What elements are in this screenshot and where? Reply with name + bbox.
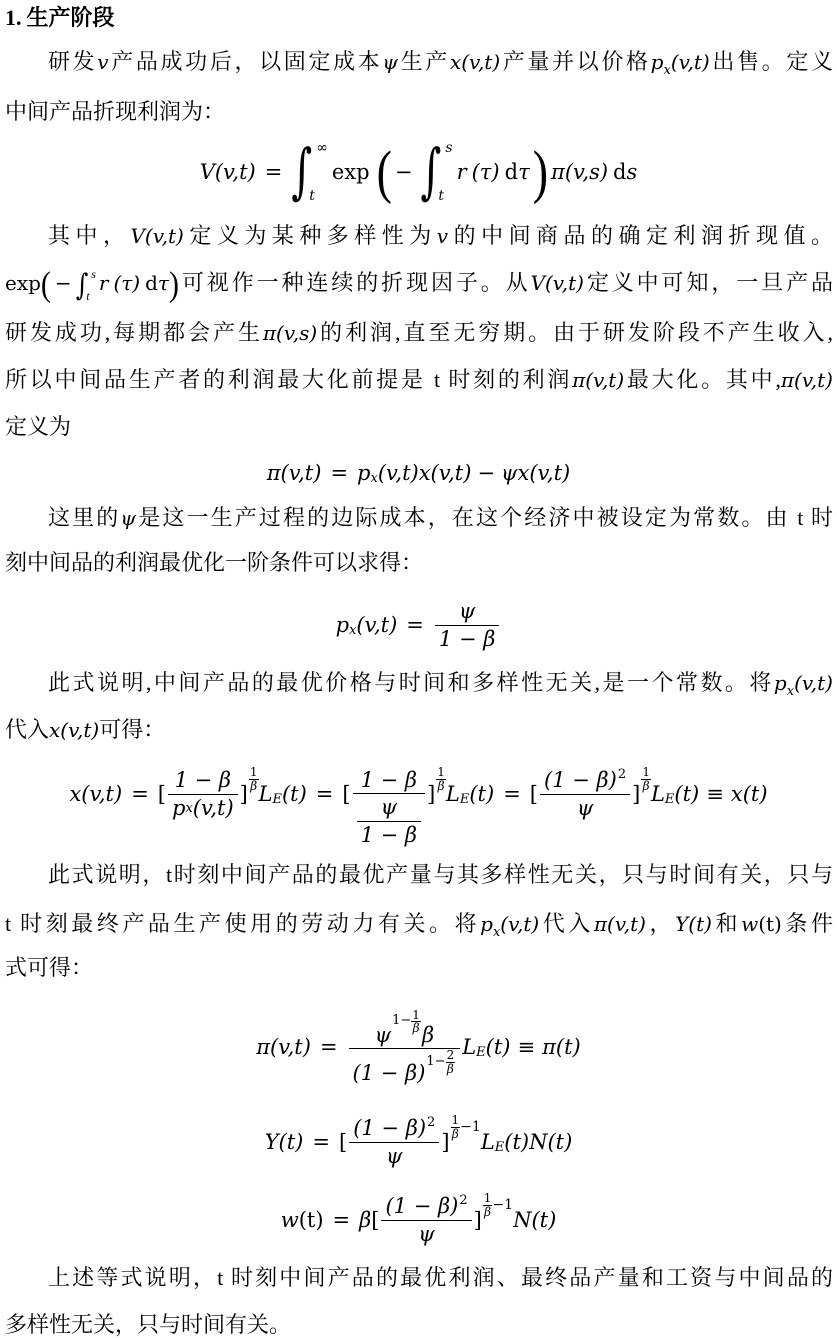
- denominator: ψ: [349, 1143, 439, 1168]
- bracket-exponent-group: ]1β: [427, 781, 446, 807]
- math-args: (t): [486, 1035, 511, 1059]
- numerator-text: (1 − β): [544, 768, 617, 792]
- paragraph-line: t 时刻最终产品生产使用的劳动力有关。将px(v,t)代入π(v,t)，Y(t)…: [5, 908, 833, 940]
- numerator-text: (1 − β): [385, 1194, 458, 1218]
- numerator-text: 1 − β: [361, 768, 417, 792]
- text: 是这一生产过程的边际成本，在这个经济中被设定为常数。由 t 时: [136, 505, 833, 530]
- math-base: (1 − β): [353, 1061, 426, 1085]
- left-paren: (: [41, 268, 51, 303]
- left-bracket: [: [530, 782, 538, 806]
- math-pi-vt: π(v,t): [781, 368, 833, 392]
- text: 式可得：: [5, 955, 93, 980]
- math-L: L: [462, 1035, 476, 1059]
- math-args: (t): [282, 782, 307, 806]
- math-subscript-x: x: [185, 802, 192, 817]
- section-heading: 1.生产阶段: [5, 3, 115, 33]
- left-bracket: [: [339, 1130, 347, 1154]
- text: 条件: [782, 911, 833, 936]
- exp-numerator: 1: [249, 766, 259, 780]
- math-N-t: N(t): [513, 1208, 556, 1232]
- math-psi: ψ: [120, 506, 136, 530]
- math-L: L: [259, 782, 273, 806]
- integral: ∫∞t: [291, 139, 328, 205]
- text: 这里的: [48, 505, 120, 530]
- bracket-exponent-group: ]1β: [240, 781, 259, 807]
- exp-denominator: β: [447, 1063, 454, 1076]
- math-x-vt: x(v,t): [419, 461, 472, 485]
- math-r: r: [457, 160, 467, 184]
- math-args: (t): [504, 1130, 529, 1154]
- math-V-vt: V(v,t): [130, 224, 183, 248]
- exp-denominator: β: [452, 1128, 459, 1141]
- math-args: (t): [674, 782, 699, 806]
- superscript: 2: [459, 1194, 467, 1209]
- math-pi-vs: π(v,s): [263, 321, 317, 345]
- bracket-exponent-group: ]1β−1: [474, 1207, 513, 1233]
- upper-limit: s: [91, 268, 96, 280]
- right-bracket: ]: [441, 1130, 449, 1154]
- math-subscript-x: x: [371, 472, 378, 487]
- exp-numerator: 1: [483, 1192, 493, 1206]
- math-rhs: π(t): [542, 1035, 581, 1059]
- exp-numerator: 2: [446, 1049, 456, 1063]
- math-args: (v,t): [356, 613, 397, 637]
- math-args: (v,t): [378, 461, 419, 485]
- small-fraction: 1β: [483, 1192, 493, 1218]
- exp-denominator: β: [643, 780, 650, 793]
- equals-sign: =: [503, 782, 521, 806]
- fraction: (1 − β)2ψ: [349, 1116, 439, 1167]
- math-V-vt: V(v,t): [531, 271, 584, 295]
- paragraph-line: 定义为: [5, 411, 833, 443]
- text: 的利润,直至无穷期。由于研发阶段不产生收入,: [317, 320, 833, 345]
- math-pi-vt: π(v,t): [572, 368, 624, 392]
- equation-profit: π(v,t) = px(v,t) x(v,t) − ψ x(v,t): [0, 457, 837, 489]
- paragraph-line: 研发成功,每期都会产生π(v,s)的利润,直至无穷期。由于研发阶段不产生收入,: [5, 317, 833, 349]
- right-bracket: ]: [632, 782, 640, 806]
- small-fraction: 1β: [451, 1114, 461, 1140]
- math-p: p: [651, 50, 664, 74]
- math-args: (v,t): [794, 671, 833, 695]
- text: 代入: [539, 911, 594, 936]
- math-beta: β: [422, 1023, 434, 1047]
- minus-sign: −: [477, 461, 495, 485]
- fraction: ψ1 − β: [435, 599, 499, 650]
- math-subscript-E: E: [495, 1141, 505, 1156]
- math-pi-vs: π(v,s): [551, 160, 608, 184]
- integral: ∫st: [421, 139, 453, 205]
- exp-denominator: β: [484, 1206, 491, 1219]
- numerator: (1 − β)2: [381, 1194, 471, 1220]
- denominator: 1 − β: [357, 822, 421, 847]
- fraction: 1 − βpx(v,t): [168, 768, 238, 819]
- superscript: 1−1β: [392, 1009, 421, 1035]
- exponent: 1β: [249, 766, 259, 792]
- math-w: w: [281, 1208, 299, 1232]
- text: 产量并以价格: [500, 49, 651, 74]
- text: 其中，: [48, 223, 130, 248]
- text: 最大化。其中,: [624, 367, 781, 392]
- equals-sign: =: [131, 782, 149, 806]
- paragraph-line: 所以中间品生产者的利润最大化前提是 t 时刻的利润π(v,t)最大化。其中,π(…: [5, 364, 833, 396]
- text: 刻中间品的利润最优化一阶条件可以求得：: [5, 550, 423, 575]
- paragraph-line: 上述等式说明，t 时刻中间产品的最优利润、最终品产量和工资与中间品的: [48, 1262, 833, 1294]
- exp-numerator: 1: [451, 1114, 461, 1128]
- exponent: 1β−1: [451, 1114, 481, 1140]
- math-L: L: [481, 1130, 495, 1154]
- math-exp: exp: [332, 160, 370, 184]
- math-args: (t): [469, 782, 494, 806]
- math-tau-arg: (τ): [113, 271, 140, 295]
- upper-limit: s: [445, 141, 452, 155]
- small-fraction: 1β: [411, 1009, 421, 1035]
- math-L: L: [446, 782, 460, 806]
- text: ，: [646, 911, 675, 936]
- text: 此式说明,中间产品的最优价格与时间和多样性无关,是一个常数。将: [48, 670, 774, 695]
- exponent: 1β: [436, 766, 446, 792]
- small-fraction: 2β: [446, 1049, 456, 1075]
- integral-sign-icon: ∫: [76, 264, 89, 307]
- denominator: (1 − β)1−2β: [349, 1049, 461, 1087]
- math-args: (v,t): [671, 50, 710, 74]
- exp-numerator: 1: [411, 1009, 421, 1023]
- integral-sign-icon: ∫: [421, 123, 442, 222]
- small-fraction: 1β: [436, 766, 446, 792]
- text: 所以中间品生产者的利润最大化前提是 t 时刻的利润: [5, 367, 572, 392]
- equation-wage: w(t) = β [ (1 − β)2ψ ]1β−1 N(t): [0, 1188, 837, 1252]
- numerator: 1 − β: [168, 768, 238, 794]
- paragraph-line: 此式说明，t时刻中间产品的最优产量与其多样性无关，只与时间有关，只与: [48, 859, 833, 891]
- math-d: d: [613, 160, 626, 184]
- inner-fraction: ψ1 − β: [357, 795, 421, 846]
- sup-prefix: 1−: [392, 1014, 411, 1029]
- bracket-exponent-group: ]1β−1: [441, 1129, 480, 1155]
- equivalence-sign: ≡: [706, 782, 724, 806]
- paragraph-line: 刻中间品的利润最优化一阶条件可以求得：: [5, 547, 833, 579]
- math-subscript-E: E: [665, 793, 675, 808]
- paragraph-line: 式可得：: [5, 952, 833, 984]
- math-lhs: π(v,t): [256, 1035, 311, 1059]
- math-exp: exp: [5, 271, 41, 295]
- paragraph-line: 中间产品折现利润为：: [5, 96, 833, 128]
- small-fraction: 1β: [641, 766, 651, 792]
- math-d: d: [145, 271, 158, 295]
- math-N-t: N(t): [529, 1130, 572, 1154]
- math-p: p: [774, 671, 787, 695]
- paragraph-line: 研发v产品成功后，以固定成本ψ生产x(v,t)产量并以价格px(v,t)出售。定…: [48, 46, 833, 78]
- right-paren: ): [533, 129, 548, 215]
- equation-optimal-price: px(v,t) = ψ1 − β: [0, 597, 837, 653]
- text: 的中间商品的确定利润折现值。: [448, 223, 833, 248]
- fraction: ψ1−1ββ (1 − β)1−2β: [349, 1007, 461, 1087]
- exp-numerator: 1: [641, 766, 651, 780]
- text: 和: [712, 911, 741, 936]
- denominator: px(v,t): [168, 795, 238, 820]
- superscript: 2: [427, 1116, 435, 1131]
- text: 可视作一种连续的折现因子。从: [179, 270, 531, 295]
- math-p: p: [172, 796, 185, 820]
- text: 研发: [48, 49, 97, 74]
- math-x-vt: x(v,t): [450, 50, 500, 74]
- exp-denominator: β: [413, 1022, 420, 1035]
- exponent: 1β: [641, 766, 651, 792]
- left-paren: (: [377, 129, 392, 215]
- math-tau-arg: (τ): [472, 160, 500, 184]
- equation-optimal-profit: π(v,t) = ψ1−1ββ (1 − β)1−2β LE(t) ≡ π(t): [0, 997, 837, 1097]
- paragraph-line: 这里的ψ是这一生产过程的边际成本，在这个经济中被设定为常数。由 t 时: [48, 502, 833, 534]
- right-paren: ): [169, 268, 179, 303]
- math-psi: ψ: [501, 461, 517, 485]
- denominator: ψ1 − β: [353, 794, 425, 846]
- math-psi: ψ: [375, 1023, 391, 1047]
- denominator: 1 − β: [435, 626, 499, 651]
- numerator: (1 − β)2: [349, 1116, 439, 1142]
- exponent: 1β−1: [483, 1192, 513, 1218]
- math-p: p: [357, 461, 370, 485]
- exp-denominator: β: [250, 780, 257, 793]
- minus-sign: −: [395, 160, 413, 184]
- section-number: 1.: [5, 5, 22, 30]
- math-psi: ψ: [382, 50, 398, 74]
- numerator-text: 1 − β: [175, 768, 231, 792]
- fraction: (1 − β)2ψ: [540, 768, 630, 819]
- paragraph-line: 此式说明,中间产品的最优价格与时间和多样性无关,是一个常数。将px(v,t): [48, 667, 833, 699]
- math-lhs: Y(t): [265, 1130, 304, 1154]
- math-args: (v,t): [193, 796, 234, 820]
- text: 定义中可知，一旦产品: [584, 270, 833, 295]
- math-x-vt: x(v,t): [518, 461, 571, 485]
- paragraph-line: 其中，V(v,t)定义为某种多样性为v的中间商品的确定利润折现值。: [48, 220, 833, 252]
- equals-sign: =: [333, 1208, 351, 1232]
- left-bracket: [: [371, 1208, 379, 1232]
- math-args: (t): [758, 912, 782, 936]
- text: 多样性无关，只与时间有关。: [5, 1312, 291, 1337]
- math-beta: β: [359, 1208, 371, 1232]
- integral: ∫st: [76, 268, 96, 302]
- text: t 时刻最终产品生产使用的劳动力有关。将: [5, 911, 480, 936]
- math-tau: τ: [518, 160, 530, 184]
- math-subscript-E: E: [476, 1046, 486, 1061]
- text: 产品成功后，以固定成本: [109, 49, 383, 74]
- left-bracket: [: [342, 782, 350, 806]
- right-bracket: ]: [427, 782, 435, 806]
- small-fraction: 1β: [249, 766, 259, 792]
- exp-tail: −1: [492, 1197, 513, 1213]
- text: 出售。定义: [710, 49, 833, 74]
- exp-denominator: β: [438, 780, 445, 793]
- superscript: 1−2β: [426, 1049, 455, 1075]
- math-p: p: [336, 613, 349, 637]
- equals-sign: =: [330, 461, 348, 485]
- compound-fraction: 1 − βψ1 − β: [353, 741, 425, 846]
- math-s: s: [627, 160, 638, 184]
- denominator: ψ: [381, 1221, 471, 1246]
- math-w: w: [741, 912, 758, 936]
- math-L: L: [651, 782, 665, 806]
- math-subscript-x: x: [663, 63, 670, 78]
- numerator-text: (1 − β): [353, 1116, 426, 1140]
- right-bracket: ]: [474, 1208, 482, 1232]
- fraction: (1 − β)2ψ: [381, 1194, 471, 1245]
- equation-optimal-quantity: x(v,t) = [ 1 − βpx(v,t) ]1β LE(t) = [ 1 …: [0, 736, 837, 852]
- section-title: 生产阶段: [27, 5, 115, 30]
- math-subscript-E: E: [272, 793, 282, 808]
- numerator: 1 − β: [353, 741, 425, 794]
- text: 定义为: [5, 414, 71, 439]
- numerator: ψ1−1ββ: [349, 1007, 461, 1049]
- math-d: d: [505, 160, 518, 184]
- math-args: (t): [299, 1208, 324, 1232]
- exp-numerator: 1: [436, 766, 446, 780]
- integral-sign-icon: ∫: [291, 123, 312, 222]
- math-v: v: [97, 50, 108, 74]
- numerator: (1 − β)2: [540, 768, 630, 794]
- math-r: r: [99, 271, 109, 295]
- equals-sign: =: [320, 1035, 338, 1059]
- numerator: ψ: [357, 795, 421, 821]
- sup-prefix: 1−: [426, 1055, 445, 1070]
- text: 生产: [398, 49, 450, 74]
- math-subscript-x: x: [787, 684, 794, 699]
- math-args: (v,t): [500, 912, 539, 936]
- equals-sign: =: [312, 1130, 330, 1154]
- numerator: ψ: [435, 599, 499, 625]
- math-tau: τ: [158, 271, 169, 295]
- equals-sign: =: [406, 613, 424, 637]
- superscript: 2: [618, 768, 626, 783]
- equivalence-sign: ≡: [517, 1035, 535, 1059]
- equals-sign: =: [265, 160, 283, 184]
- text: 中间产品折现利润为：: [5, 99, 225, 124]
- math-lhs: π(v,t): [267, 461, 322, 485]
- equation-present-value: V(v,t) = ∫∞t exp ( − ∫st r (τ) d τ ) π(v…: [0, 136, 837, 208]
- math-p: p: [480, 912, 493, 936]
- math-rhs: x(t): [731, 782, 768, 806]
- text: 研发成功,每期都会产生: [5, 320, 263, 345]
- equals-sign: =: [316, 782, 334, 806]
- math-pi-vt: π(v,t): [594, 912, 646, 936]
- text: 此式说明，t时刻中间产品的最优产量与其多样性无关，只与时间有关，只与: [48, 862, 833, 887]
- math-lhs: x(v,t): [69, 782, 122, 806]
- math-Y-t: Y(t): [675, 912, 712, 936]
- denominator: ψ: [540, 795, 630, 820]
- left-bracket: [: [158, 782, 166, 806]
- math-lhs: V(v,t): [200, 160, 256, 184]
- minus-sign: −: [55, 271, 72, 295]
- right-bracket: ]: [240, 782, 248, 806]
- math-v: v: [437, 224, 448, 248]
- equation-output: Y(t) = [ (1 − β)2ψ ]1β−1 LE(t)N(t): [0, 1110, 837, 1174]
- text: 上述等式说明，t 时刻中间产品的最优利润、最终品产量和工资与中间品的: [48, 1265, 833, 1290]
- math-subscript-x: x: [349, 624, 356, 639]
- paragraph-line: 多样性无关，只与时间有关。: [5, 1309, 833, 1338]
- math-subscript-E: E: [460, 793, 470, 808]
- bracket-exponent-group: ]1β: [632, 781, 651, 807]
- paragraph-line: exp(−∫str(τ)dτ)可视作一种连续的折现因子。从V(v,t)定义中可知…: [5, 267, 833, 299]
- upper-limit: ∞: [316, 141, 328, 155]
- exp-tail: −1: [460, 1119, 481, 1135]
- text: 定义为某种多样性为: [184, 223, 437, 248]
